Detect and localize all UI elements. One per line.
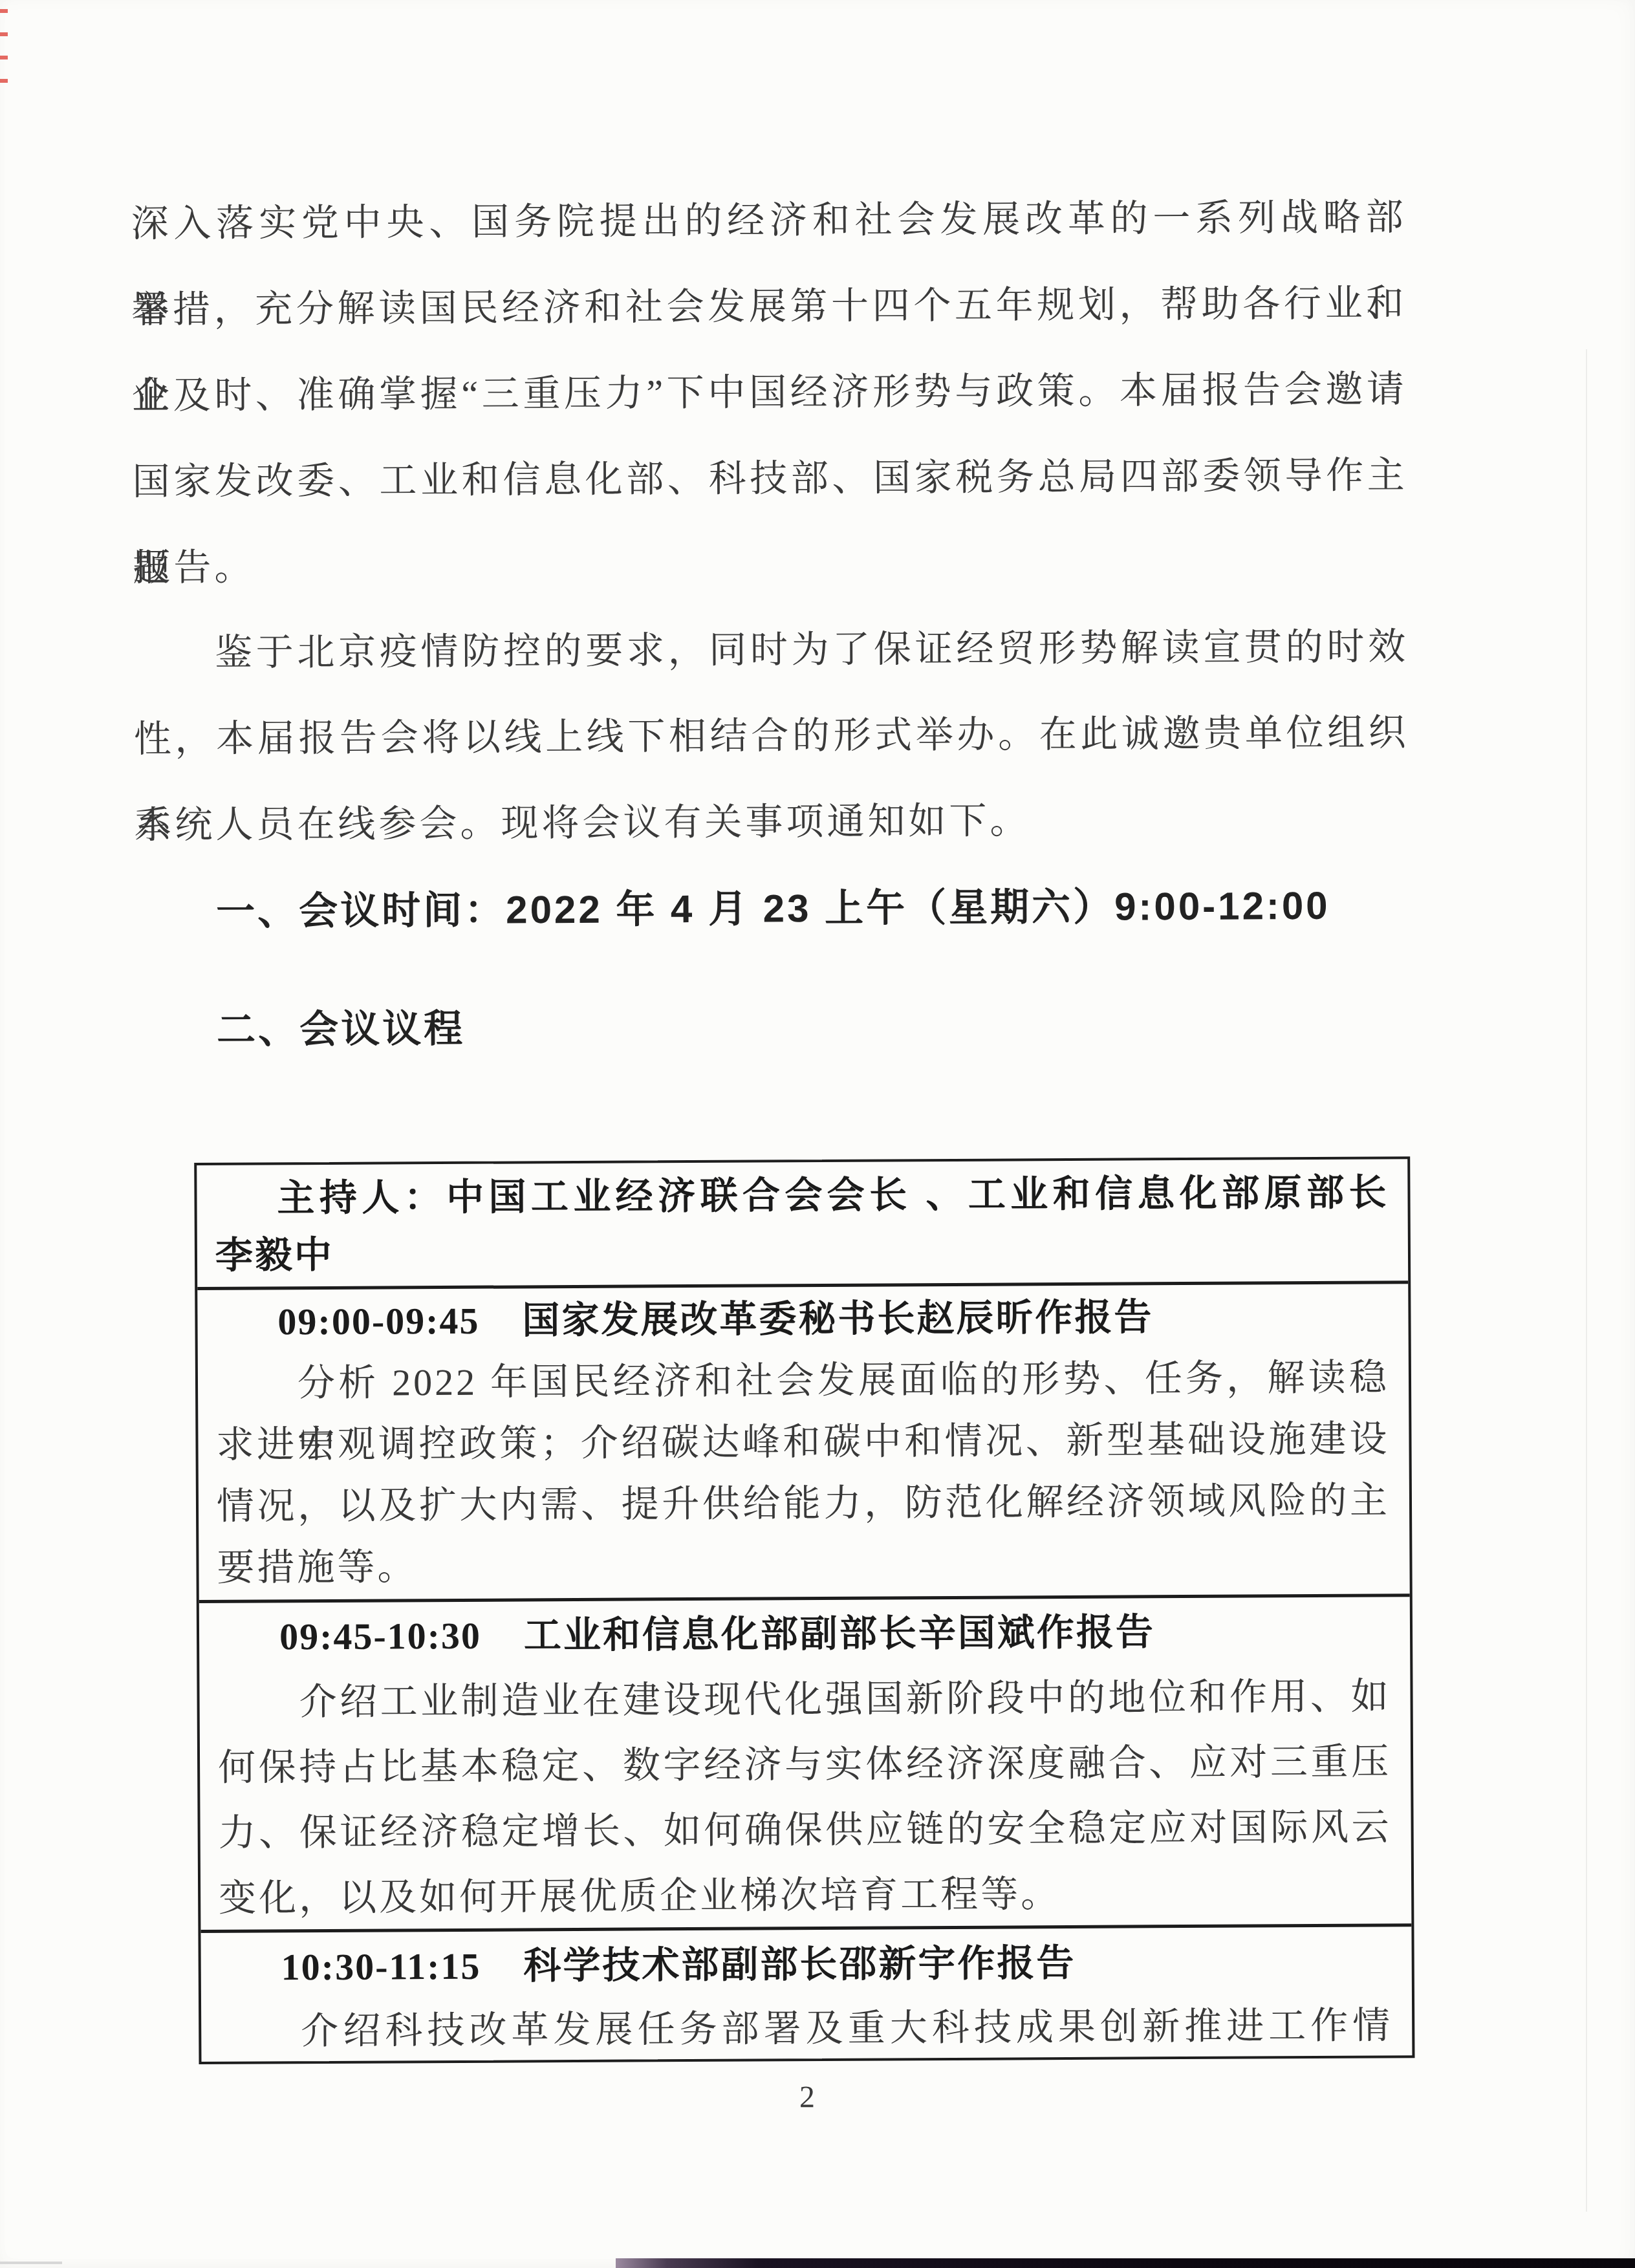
session-1-time: 09:00-09:45 <box>277 1290 479 1353</box>
paragraph-line: 举措，充分解读国民经济和社会发展第十四个五年规划，帮助各行业和企 <box>131 260 1407 352</box>
session-3-desc-line: 介绍科技改革发展任务部署及重大科技成果创新推进工作情 <box>219 1993 1392 2062</box>
agenda-table: 主持人：中国工业经济联合会会长 、工业和信息化部原部长 李毅中 09:00-09… <box>194 1156 1414 2064</box>
paragraph-1: 深入落实党中央、国务院提出的经济和社会发展改革的一系列战略部署、 举措，充分解读… <box>131 174 1408 610</box>
session-3-title: 科学技术部副部长邵新宇作报告 <box>523 1942 1076 1987</box>
table-row-session-3: 10:30-11:15科学技术部副部长邵新宇作报告 介绍科技改革发展任务部署及重… <box>200 1927 1412 2062</box>
host-line-1: 主持人：中国工业经济联合会会长 、工业和信息化部原部长 <box>215 1164 1388 1227</box>
paragraph-line: 系统人员在线参会。现将会议有关事项通知如下。 <box>134 775 1410 868</box>
heading-meeting-agenda: 二、会议议程 <box>217 999 465 1060</box>
session-1-desc-line: 求进宏观调控政策；介绍碳达峰和碳中和情况、新型基础设施建设 <box>216 1408 1389 1475</box>
session-2-desc-line: 力、保证经济稳定增长、如何确保供应链的安全稳定应对国际风云 <box>218 1794 1392 1865</box>
scan-bottom-left-line <box>0 2262 62 2264</box>
paragraph-line: 性，本届报告会将以线上线下相结合的形式举办。在此诚邀贵单位组织本 <box>133 689 1409 782</box>
scan-edge-line <box>1586 349 1587 2212</box>
scanned-page: 深入落实党中央、国务院提出的经济和社会发展改革的一系列战略部署、 举措，充分解读… <box>0 0 1635 2268</box>
session-1-title: 国家发展改革委秘书长赵辰昕作报告 <box>522 1296 1153 1341</box>
session-2-title: 工业和信息化部副部长辛国斌作报告 <box>524 1611 1155 1656</box>
session-1-desc-line: 分析 2022 年国民经济和社会发展面临的形势、任务，解读稳中 <box>216 1346 1389 1414</box>
session-3-time: 10:30-11:15 <box>281 1934 481 2000</box>
paragraph-2: 鉴于北京疫情防控的要求，同时为了保证经贸形势解读宣贯的时效 性，本届报告会将以线… <box>133 603 1410 868</box>
session-2-heading: 09:45-10:30工业和信息化部副部长辛国斌作报告 <box>217 1598 1391 1669</box>
session-2-desc-line: 介绍工业制造业在建设现代化强国新阶段中的地位和作用、如 <box>217 1663 1391 1734</box>
table-row-session-1: 09:00-09:45国家发展改革委秘书长赵辰昕作报告 分析 2022 年国民经… <box>197 1284 1410 1603</box>
host-line-2: 李毅中 <box>215 1221 1389 1284</box>
paragraph-line: 深入落实党中央、国务院提出的经济和社会发展改革的一系列战略部署、 <box>131 174 1407 266</box>
table-row-session-2: 09:45-10:30工业和信息化部副部长辛国斌作报告 介绍工业制造业在建设现代… <box>199 1597 1412 1933</box>
scan-bottom-bar <box>616 2258 1635 2268</box>
page-number: 2 <box>199 2077 1415 2117</box>
paragraph-line: 业及时、准确掌握“三重压力”下中国经济形势与政策。本届报告会邀请 <box>132 346 1408 438</box>
session-2-desc-line: 何保持占比基本稳定、数字经济与实体经济深度融合、应对三重压 <box>218 1729 1392 1800</box>
scanner-red-mark <box>0 9 8 13</box>
heading-meeting-time: 一、会议时间：2022 年 4 月 23 上午（星期六）9:00-12:00 <box>216 876 1330 942</box>
paragraph-line: 鉴于北京疫情防控的要求，同时为了保证经贸形势解读宣贯的时效 <box>133 603 1409 696</box>
session-1-desc-line: 情况，以及扩大内需、提升供给能力，防范化解经济领域风险的主 <box>217 1469 1390 1537</box>
table-row-host: 主持人：中国工业经济联合会会长 、工业和信息化部原部长 李毅中 <box>197 1159 1408 1290</box>
session-2-time: 09:45-10:30 <box>279 1603 481 1670</box>
scanner-red-mark <box>0 79 8 83</box>
scanner-red-mark <box>0 32 8 36</box>
scanner-red-mark <box>0 56 8 59</box>
session-1-heading: 09:00-09:45国家发展改革委秘书长赵辰昕作报告 <box>215 1285 1389 1352</box>
paragraph-line: 国家发改委、工业和信息化部、科技部、国家税务总局四部委领导作主题 <box>132 432 1408 524</box>
session-3-heading: 10:30-11:15科学技术部副部长邵新宇作报告 <box>219 1929 1392 1999</box>
paragraph-line: 报告。 <box>133 518 1409 610</box>
session-1-desc-line: 要措施等。 <box>217 1531 1390 1598</box>
session-2-desc-line: 变化，以及如何开展优质企业梯次培育工程等。 <box>219 1859 1392 1930</box>
page-content: 深入落实党中央、国务院提出的经济和社会发展改革的一系列战略部署、 举措，充分解读… <box>0 0 1635 2268</box>
